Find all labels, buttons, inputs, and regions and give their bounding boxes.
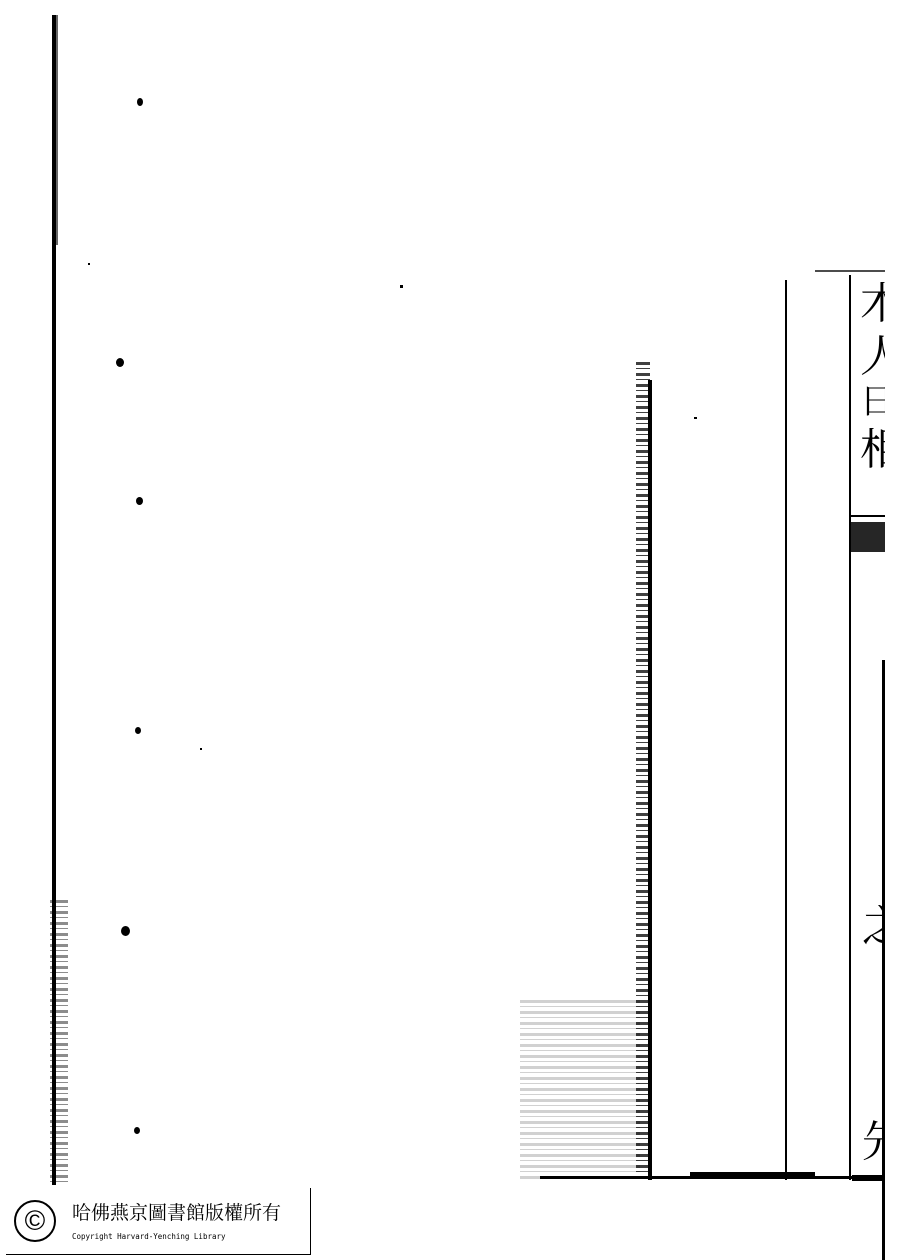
speck bbox=[694, 417, 697, 419]
binding-hole bbox=[136, 497, 143, 505]
left-page-edge-inner bbox=[56, 15, 58, 245]
title-glyph: 日 bbox=[860, 385, 885, 425]
speck bbox=[400, 285, 403, 288]
title-glyph: 木 bbox=[860, 282, 885, 332]
title-slip-dark-band bbox=[850, 522, 885, 552]
under-page-edge-line bbox=[648, 380, 652, 1180]
cover-line-top bbox=[815, 270, 885, 272]
binding-hole bbox=[116, 358, 124, 367]
title-glyph: 人 bbox=[860, 335, 885, 385]
title-slip-left-border bbox=[849, 275, 851, 1180]
binding-hole bbox=[135, 727, 141, 734]
binding-hole bbox=[121, 926, 130, 936]
binding-hole bbox=[134, 1127, 140, 1134]
copyright-stamp: © 哈佛燕京圖書館版權所有 Copyright Harvard-Yenching… bbox=[6, 1188, 311, 1255]
title-glyph: 先 bbox=[862, 1120, 885, 1168]
title-slip-bottom bbox=[849, 515, 885, 517]
speck bbox=[200, 748, 202, 750]
speck bbox=[88, 263, 90, 265]
left-edge-wear bbox=[50, 900, 68, 1185]
copyright-chinese-text: 哈佛燕京圖書館版權所有 bbox=[72, 1198, 281, 1225]
bottom-edge-thick-right bbox=[852, 1175, 885, 1181]
cover-line bbox=[785, 280, 787, 1180]
copyright-icon: © bbox=[14, 1200, 56, 1242]
copyright-english-text: Copyright Harvard-Yenching Library bbox=[72, 1232, 226, 1241]
lower-page-wear bbox=[520, 1000, 640, 1180]
title-glyph: 之 bbox=[862, 905, 885, 950]
right-board-line bbox=[882, 660, 885, 1260]
bottom-edge-thick bbox=[690, 1172, 815, 1179]
binding-hole bbox=[137, 98, 143, 106]
title-glyph: 相 bbox=[860, 428, 885, 478]
